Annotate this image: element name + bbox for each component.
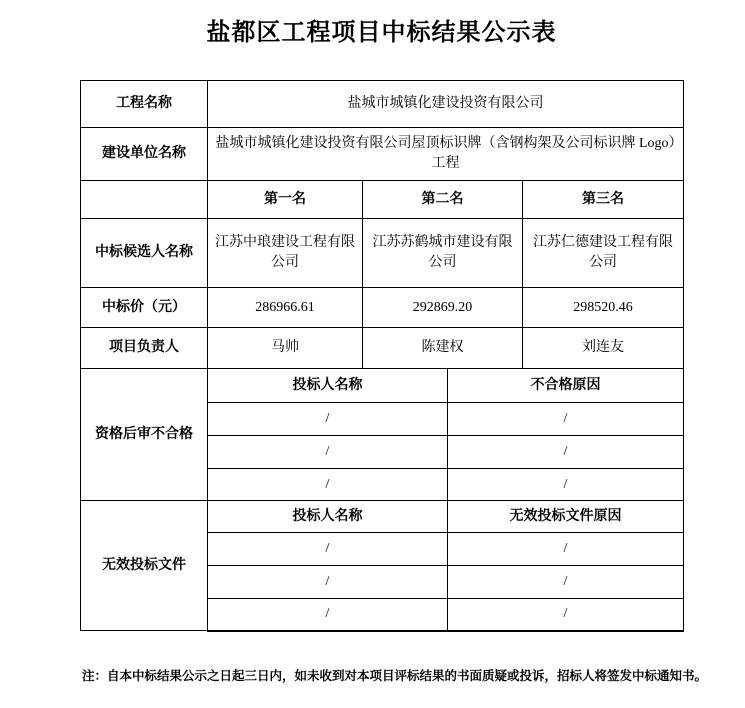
table-row: 中标候选人名称 江苏中琅建设工程有限公司 江苏苏鹤城市建设有限公司 江苏仁德建设… [81,219,684,288]
bid-result-table: 工程名称 盐城市城镇化建设投资有限公司 建设单位名称 盐城市城镇化建设投资有限公… [80,80,684,632]
price-2: 292869.20 [363,288,523,328]
invalid-reason-1: / [448,533,684,566]
candidates-label: 中标候选人名称 [81,219,208,288]
invalid-bidder-1: / [208,533,448,566]
postqual-reason-1: / [448,403,684,436]
price-3: 298520.46 [523,288,684,328]
postqual-bidder-header: 投标人名称 [208,369,448,403]
rank-header-1: 第一名 [208,181,363,219]
price-label: 中标价（元） [81,288,208,328]
footer-note: 注：自本中标结果公示之日起三日内，如未收到对本项目评标结果的书面质疑或投诉，招标… [82,666,722,684]
invalid-bidder-2: / [208,566,448,599]
manager-1: 马帅 [208,328,363,369]
table-row: 第一名 第二名 第三名 [81,181,684,219]
invalid-reason-header: 无效投标文件原因 [448,501,684,533]
invalid-reason-3: / [448,599,684,631]
invalid-bidder-header: 投标人名称 [208,501,448,533]
postqual-reason-3: / [448,469,684,501]
table-row: 工程名称 盐城市城镇化建设投资有限公司 [81,81,684,128]
table-row: 资格后审不合格 投标人名称 不合格原因 [81,369,684,403]
owner-label: 建设单位名称 [81,128,208,181]
postqual-section-label: 资格后审不合格 [81,369,208,501]
table-row: 无效投标文件 投标人名称 无效投标文件原因 [81,501,684,533]
table-row: 中标价（元） 286966.61 292869.20 298520.46 [81,288,684,328]
manager-3: 刘连友 [523,328,684,369]
postqual-bidder-1: / [208,403,448,436]
announcement-page: 盐都区工程项目中标结果公示表 工程名称 盐城市城镇化建设投资有限公司 建设单位名… [0,0,745,708]
table-row: 项目负责人 马帅 陈建权 刘连友 [81,328,684,369]
postqual-reason-2: / [448,436,684,469]
rank-header-3: 第三名 [523,181,684,219]
empty-cell [81,181,208,219]
postqual-bidder-3: / [208,469,448,501]
invalid-section-label: 无效投标文件 [81,501,208,631]
candidate-1: 江苏中琅建设工程有限公司 [208,219,363,288]
candidate-2: 江苏苏鹤城市建设有限公司 [363,219,523,288]
page-title: 盐都区工程项目中标结果公示表 [80,12,683,47]
table-row: 建设单位名称 盐城市城镇化建设投资有限公司屋顶标识牌（含钢构架及公司标识牌 Lo… [81,128,684,181]
invalid-bidder-3: / [208,599,448,631]
manager-2: 陈建权 [363,328,523,369]
postqual-reason-header: 不合格原因 [448,369,684,403]
invalid-reason-2: / [448,566,684,599]
candidate-3: 江苏仁德建设工程有限公司 [523,219,684,288]
manager-label: 项目负责人 [81,328,208,369]
project-name-value: 盐城市城镇化建设投资有限公司 [208,81,684,128]
price-1: 286966.61 [208,288,363,328]
postqual-bidder-2: / [208,436,448,469]
owner-value: 盐城市城镇化建设投资有限公司屋顶标识牌（含钢构架及公司标识牌 Logo）工程 [208,128,684,181]
project-name-label: 工程名称 [81,81,208,128]
rank-header-2: 第二名 [363,181,523,219]
